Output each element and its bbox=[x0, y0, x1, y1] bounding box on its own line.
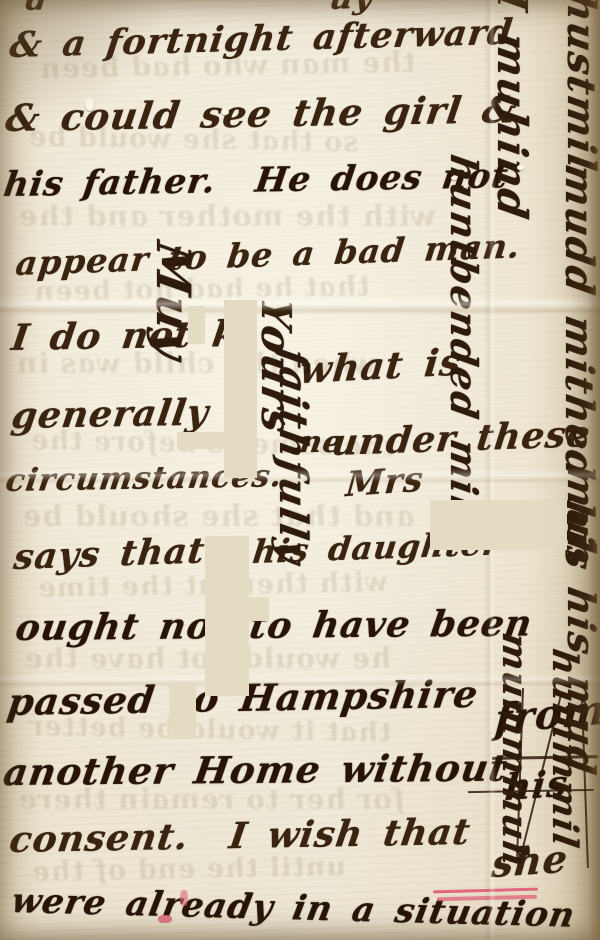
show-through-ghost-line: with the mother and the bbox=[16, 202, 438, 231]
paper-damage-speck bbox=[85, 98, 94, 111]
cross-writing-signature: Muy bbox=[149, 239, 196, 364]
letter-line: I do not k bbox=[9, 316, 240, 356]
redaction-patch bbox=[430, 500, 567, 550]
paper-damage-speck bbox=[451, 176, 457, 180]
letter-line: his father. He does not bbox=[2, 159, 511, 202]
cross-writing-line: hustmil bbox=[561, 0, 600, 174]
letter-line: & a fortnight afterward bbox=[8, 15, 515, 63]
letter-line: ought not to have been bbox=[13, 605, 535, 646]
redaction-patch bbox=[241, 597, 269, 621]
redaction-patch bbox=[188, 306, 205, 344]
redaction-patch bbox=[224, 300, 257, 478]
letter-line: says that bbox=[12, 533, 207, 575]
cross-writing-line: I muhind bbox=[491, 0, 532, 223]
show-through-ghost-line: and that she should be bbox=[20, 502, 417, 531]
redaction-patch bbox=[177, 432, 239, 449]
cross-writing-line: muh his mud bbox=[562, 464, 600, 778]
letter-page: the man who had been so that she would b… bbox=[0, 0, 600, 940]
letter-line: what is bbox=[298, 343, 463, 389]
cross-writing-line: huntbended mill bbox=[445, 152, 482, 530]
letter-line: Mrs bbox=[344, 462, 425, 502]
cross-writing-closing: faithfully bbox=[273, 346, 312, 568]
red-annotation-mark bbox=[180, 890, 188, 906]
letter-line: & could see the girl & bbox=[3, 91, 519, 137]
paper-damage-speck bbox=[517, 165, 524, 170]
letter-line: consent. I wish that bbox=[7, 814, 472, 858]
red-annotation-mark bbox=[158, 915, 172, 923]
redaction-patch bbox=[169, 685, 196, 739]
top-edge-ink-fragment: d bbox=[24, 0, 50, 16]
paper-damage-speck bbox=[221, 109, 229, 115]
top-edge-ink-fragment: uy bbox=[328, 0, 376, 14]
letter-line: generally bbox=[9, 395, 211, 435]
letter-line: another Home without bbox=[1, 750, 510, 791]
